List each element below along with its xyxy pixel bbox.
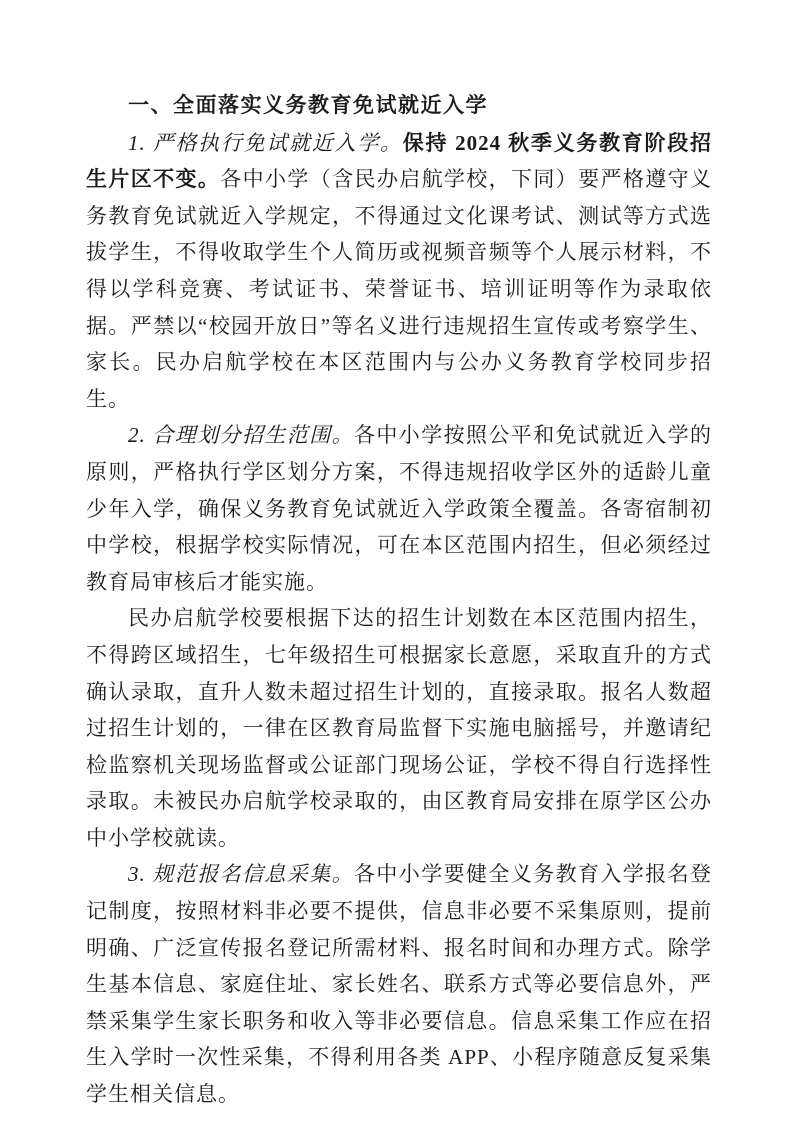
text-run-normal: 民办启航学校要根据下达的招生计划数在本区范围内招生，不得跨区域招生，七年级招生可…	[86, 606, 712, 850]
text-run-normal: 各中小学按照公平和免试就近入学的原则，严格执行学区划分方案，不得违规招收学区外的…	[86, 423, 712, 593]
document-body: 1. 严格执行免试就近入学。保持 2024 秋季义务教育阶段招生片区不变。各中小…	[86, 125, 712, 1113]
text-run-kai: 1. 严格执行免试就近入学。	[128, 131, 403, 155]
section-heading: 一、全面落实义务教育免试就近入学	[86, 88, 712, 125]
text-run-normal: 各中小学（含民办启航学校，下同）要严格遵守义务教育免试就近入学规定，不得通过文化…	[86, 167, 712, 411]
paragraph: 2. 合理划分招生范围。各中小学按照公平和免试就近入学的原则，严格执行学区划分方…	[86, 417, 712, 600]
paragraph: 民办启航学校要根据下达的招生计划数在本区范围内招生，不得跨区域招生，七年级招生可…	[86, 600, 712, 856]
text-run-normal: 各中小学要健全义务教育入学报名登记制度，按照材料非必要不提供，信息非必要不采集原…	[86, 862, 712, 1106]
text-run-kai: 3. 规范报名信息采集。	[128, 862, 354, 886]
text-run-kai: 2. 合理划分招生范围。	[128, 423, 354, 447]
document-page: 一、全面落实义务教育免试就近入学 1. 严格执行免试就近入学。保持 2024 秋…	[0, 0, 794, 1122]
paragraph: 3. 规范报名信息采集。各中小学要健全义务教育入学报名登记制度，按照材料非必要不…	[86, 856, 712, 1112]
document-content: 一、全面落实义务教育免试就近入学 1. 严格执行免试就近入学。保持 2024 秋…	[86, 88, 712, 1113]
paragraph: 1. 严格执行免试就近入学。保持 2024 秋季义务教育阶段招生片区不变。各中小…	[86, 125, 712, 418]
